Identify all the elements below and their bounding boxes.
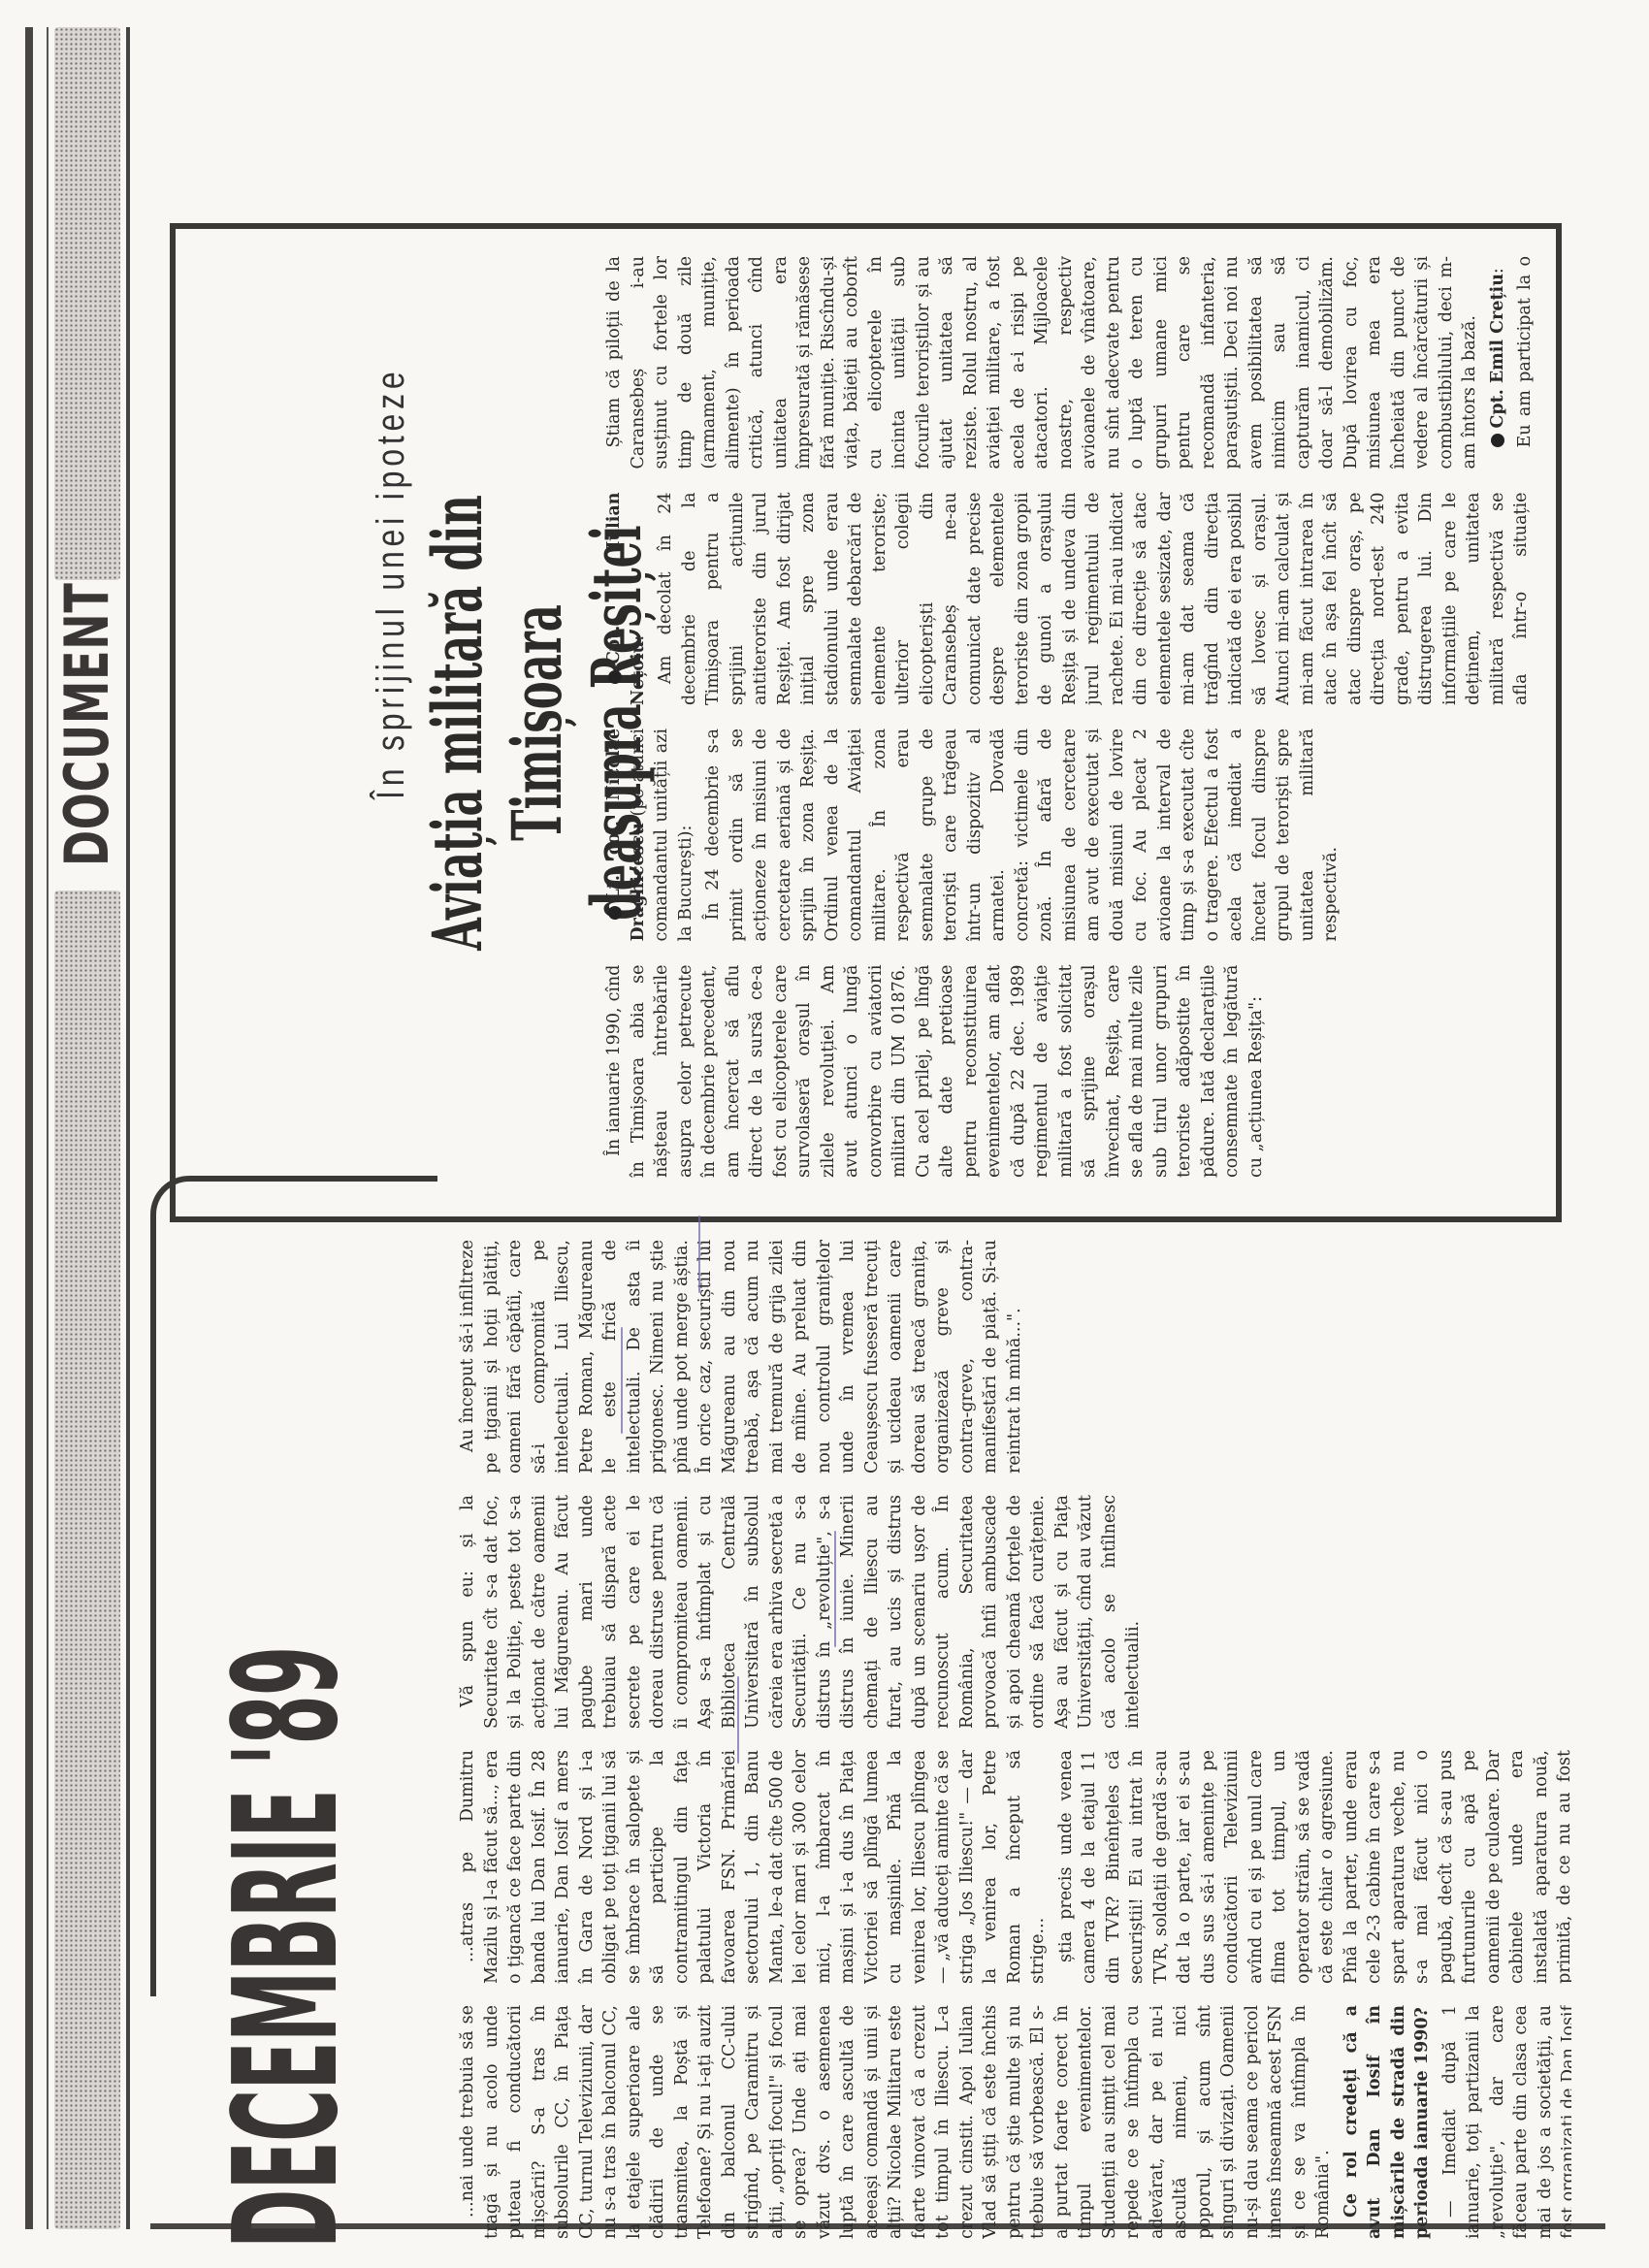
speaker-name: Cpt. Emil Crețiu [1488,274,1507,428]
speaker-entry: Lt. col. Nicolae Drăghicescu (pe atunci … [602,729,697,942]
text-column: ...nai unde trebuia să se tragă și nu ac… [456,2005,1571,2239]
text-column: Lt. col. Nicolae Drăghicescu (pe atunci … [602,729,1534,942]
document-section-band: DOCUMENT [17,27,134,2229]
section-label: DOCUMENT [50,670,124,866]
text-column: Vă spun eu: și la Securitate cît s-a dat… [456,1495,1571,1729]
paragraph: știa precis unde venea camera 4 de la et… [1054,1750,1572,1984]
pen-underline-mark [621,1327,623,1434]
bullet-icon [608,670,622,684]
paragraph: ...atras pe Dumitru Mazilu și l-a făcut … [456,1750,1051,1984]
paragraph: — Imediat după 1 ianuarie, toți partizan… [1439,2005,1572,2239]
interview-question: Ce rol credeți că a avut Dan Iosif în mi… [1340,2005,1435,2239]
article-kicker: În sprijinul unei ipoteze [370,367,413,799]
article-columns: În ianuarie 1990, cînd în Timișoara abia… [602,256,1534,1178]
band-rule [126,27,130,2229]
paragraph: În 24 decembrie s-a primit ordin să se a… [701,729,1343,942]
text-column: În ianuarie 1990, cînd în Timișoara abia… [602,965,1534,1179]
bullet-icon [1491,435,1504,448]
halftone-strip [54,891,120,2229]
paragraph: Am decolat în 24 decembrie de la Timișoa… [654,493,1534,706]
text-column: ...atras pe Dumitru Mazilu și l-a făcut … [456,1750,1571,1984]
pen-underline-mark [834,1531,836,1647]
paragraph: ...nai unde trebuia să se tragă și nu ac… [456,2005,1336,2239]
paragraph: Știam că piloții de la Caransebeș i-au s… [602,256,1482,470]
text-column: Știam că piloții de la Caransebeș i-au s… [602,256,1534,470]
boxed-article: În sprijinul unei ipoteze Aviația milita… [170,223,1562,1222]
text-column: Au început să-i infiltreze pe țiganii și… [456,1240,1571,1474]
section-title: DECEMBRIE '89 [189,1739,383,2249]
speaker-entry: Cpt. Iulian Nețoiu: [602,493,650,706]
interview-columns: ...nai unde trebuia să se tragă și nu ac… [456,1240,1571,2239]
pen-underline-mark [698,1215,700,1293]
newspaper-page: DOCUMENT DECEMBRIE '89 ...nai unde trebu… [0,0,1649,2268]
pen-underline-mark [737,1676,739,1764]
halftone-strip [54,27,120,580]
paragraph: Eu am participat la o misiune la sud-ves… [1513,256,1534,470]
paragraph: Au început să-i infiltreze pe țiganii și… [456,1240,1026,1474]
paragraph: În ianuarie 1990, cînd în Timișoara abia… [602,965,1268,1179]
speaker-entry: Cpt. Emil Crețiu: [1486,256,1510,470]
paragraph: Vă spun eu: și la Securitate cît s-a dat… [456,1495,1146,1729]
headline-line: Aviația militară din Timișoara [418,416,577,1028]
band-rule [25,27,33,2229]
band-rule [47,27,48,2229]
text-column: Cpt. Iulian Nețoiu: Am decolat în 24 dec… [602,493,1534,706]
bullet-icon [608,907,622,921]
